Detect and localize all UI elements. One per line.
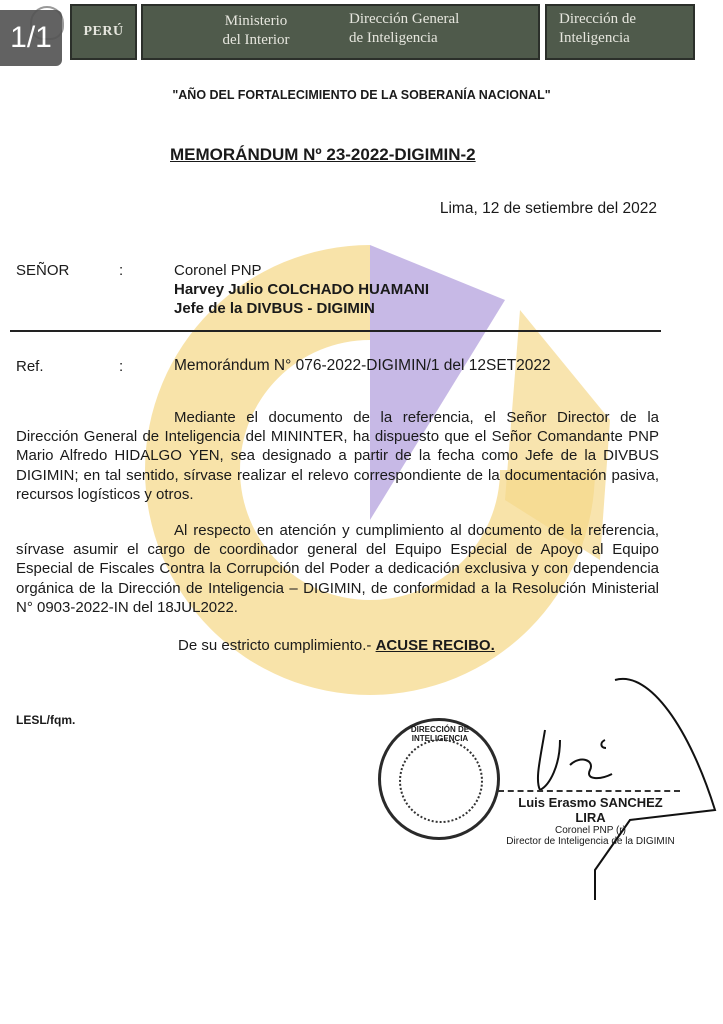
recipient-label: SEÑOR: [16, 262, 69, 279]
paragraph-1-text: Mediante el documento de la referencia, …: [16, 409, 659, 503]
signatory-rank: Coronel PNP (r): [503, 825, 678, 836]
recipient-position: Jefe de la DIVBUS - DIGIMIN: [174, 299, 429, 318]
direction-line-2: Inteligencia: [559, 29, 636, 48]
letterhead-ministry: Ministerio del Interior Dirección Genera…: [141, 4, 540, 60]
acknowledge-receipt: ACUSE RECIBO.: [376, 637, 495, 654]
general-direction-line-2: de Inteligencia: [349, 29, 459, 48]
signature-line: [498, 790, 680, 792]
signatory-block: Luis Erasmo SANCHEZ LIRA Coronel PNP (r)…: [503, 795, 678, 847]
recipient-colon: :: [119, 262, 123, 279]
official-seal: DIRECCIÓN DE INTELIGENCIA: [378, 718, 500, 840]
letterhead-direction: Dirección de Inteligencia: [545, 4, 695, 60]
year-motto: "AÑO DEL FORTALECIMIENTO DE LA SOBERANÍA…: [0, 88, 723, 102]
letterhead-country: PERÚ: [70, 4, 137, 60]
recipient-rank: Coronel PNP: [174, 261, 429, 280]
closing-text: De su estricto cumplimiento.-: [178, 637, 371, 654]
closing-line: De su estricto cumplimiento.- ACUSE RECI…: [178, 637, 495, 654]
date-line: Lima, 12 de setiembre del 2022: [440, 200, 657, 218]
signatory-title: Director de Inteligencia de la DIGIMIN: [503, 836, 678, 847]
body-paragraph-1: Mediante el documento de la referencia, …: [16, 408, 659, 504]
ministry-line-2: del Interior: [201, 31, 311, 50]
ministry-line-1: Ministerio: [201, 12, 311, 31]
reference-initials: LESL/fqm.: [16, 713, 75, 727]
body-paragraph-2: Al respecto en atención y cumplimiento a…: [16, 521, 659, 617]
recipient-name: Harvey Julio COLCHADO HUAMANI: [174, 280, 429, 299]
reference-label: Ref.: [16, 358, 44, 375]
reference-colon: :: [119, 358, 123, 375]
separator-rule: [10, 330, 661, 332]
memo-title: MEMORÁNDUM Nº 23-2022-DIGIMIN-2: [170, 145, 476, 165]
signatory-name: Luis Erasmo SANCHEZ LIRA: [503, 795, 678, 825]
coat-of-arms-icon: [399, 739, 483, 823]
reference-value: Memorándum N° 076-2022-DIGIMIN/1 del 12S…: [174, 356, 551, 375]
recipient-block: Coronel PNP Harvey Julio COLCHADO HUAMAN…: [174, 261, 429, 318]
general-direction-line-1: Dirección General: [349, 10, 459, 29]
country-label: PERÚ: [83, 24, 123, 40]
paragraph-2-text: Al respecto en atención y cumplimiento a…: [16, 522, 659, 616]
direction-line-1: Dirección de: [559, 10, 636, 29]
page-indicator: 1/1: [0, 10, 62, 66]
